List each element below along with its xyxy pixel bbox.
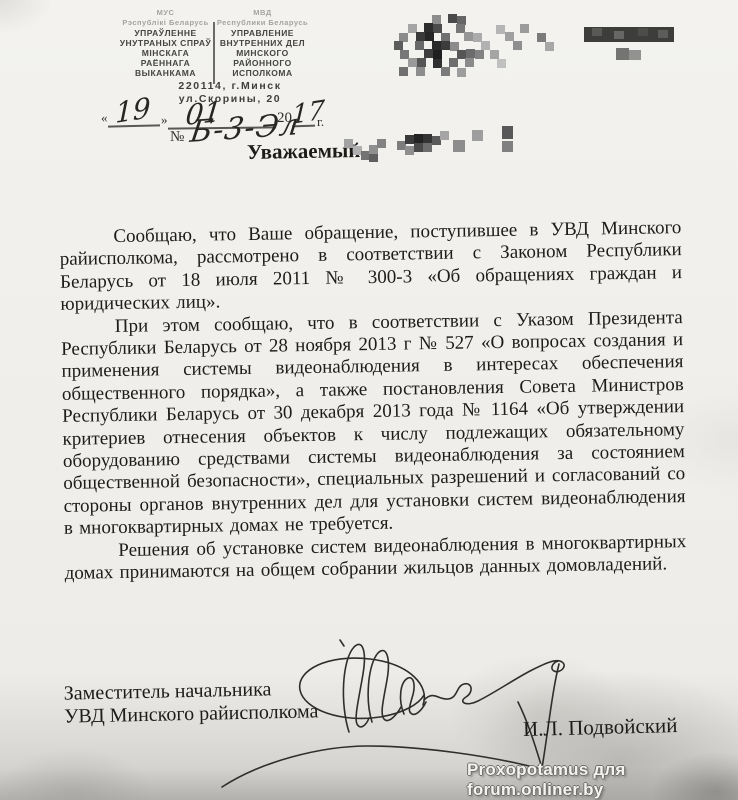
signer-position: Заместитель начальника УВД Минского райи…: [64, 677, 319, 728]
letterhead-right-column: МВД Республики Беларусь УПРАВЛЕНИЕ ВНУТР…: [215, 8, 310, 84]
letterhead-line: Республики Беларусь: [215, 18, 310, 28]
body-paragraph: Сообщаю, что Ваше обращение, поступившее…: [59, 217, 682, 316]
address-line: 220114, г.Минск: [150, 80, 310, 93]
letterhead-line: УПРАВЛЕНИЕ: [215, 28, 310, 38]
letterhead-line: МІНСКАГА: [118, 48, 213, 58]
letterhead-line: ИСПОЛКОМА: [215, 68, 310, 78]
letterhead-line: УНУТРАНЫХ СПРАЎ: [118, 38, 213, 48]
salutation: Уважаемый: [247, 138, 361, 165]
signer-position-line: УВД Минского райисполкома: [64, 700, 319, 728]
letterhead-line: Рэспублікі Беларусь: [118, 18, 213, 28]
date-year-suffix: г.: [317, 114, 324, 130]
body-paragraph: При этом сообщаю, что в соответствии с У…: [61, 307, 686, 541]
scanned-letter-page: МУС Рэспублікі Беларусь УПРАЎЛЕННЕ УНУТР…: [0, 0, 738, 800]
letterhead-line: УПРАЎЛЕННЕ: [118, 28, 213, 38]
date-open-quote: «: [101, 110, 108, 126]
letterhead-address: 220114, г.Минск ул.Скорины, 20: [150, 80, 310, 105]
letterhead-left-column: МУС Рэспублікі Беларусь УПРАЎЛЕННЕ УНУТР…: [118, 8, 213, 84]
date-close-quote: »: [161, 112, 168, 128]
letterhead-line: МВД: [215, 8, 310, 18]
letterhead-line: РАЙОННОГО: [215, 58, 310, 68]
watermark: Proxopotamus для forum.onliner.by: [467, 760, 738, 800]
letterhead-line: МИНСКОГО: [215, 48, 310, 58]
letterhead-line: ВНУТРЕННИХ ДЕЛ: [215, 38, 310, 48]
ref-number-label: №: [170, 129, 184, 146]
body-paragraph: Решения об установке систем видеонаблюде…: [64, 531, 687, 586]
signer-name: И.Л. Подвойский: [523, 713, 678, 742]
letter-body: Сообщаю, что Ваше обращение, поступившее…: [59, 217, 687, 585]
letterhead-line: РАЁННАГА: [118, 58, 213, 68]
letterhead-line: ВЫКАНКАМА: [118, 68, 213, 78]
address-line: ул.Скорины, 20: [150, 93, 310, 106]
letterhead: МУС Рэспублікі Беларусь УПРАЎЛЕННЕ УНУТР…: [118, 8, 310, 84]
letterhead-line: МУС: [118, 8, 213, 18]
